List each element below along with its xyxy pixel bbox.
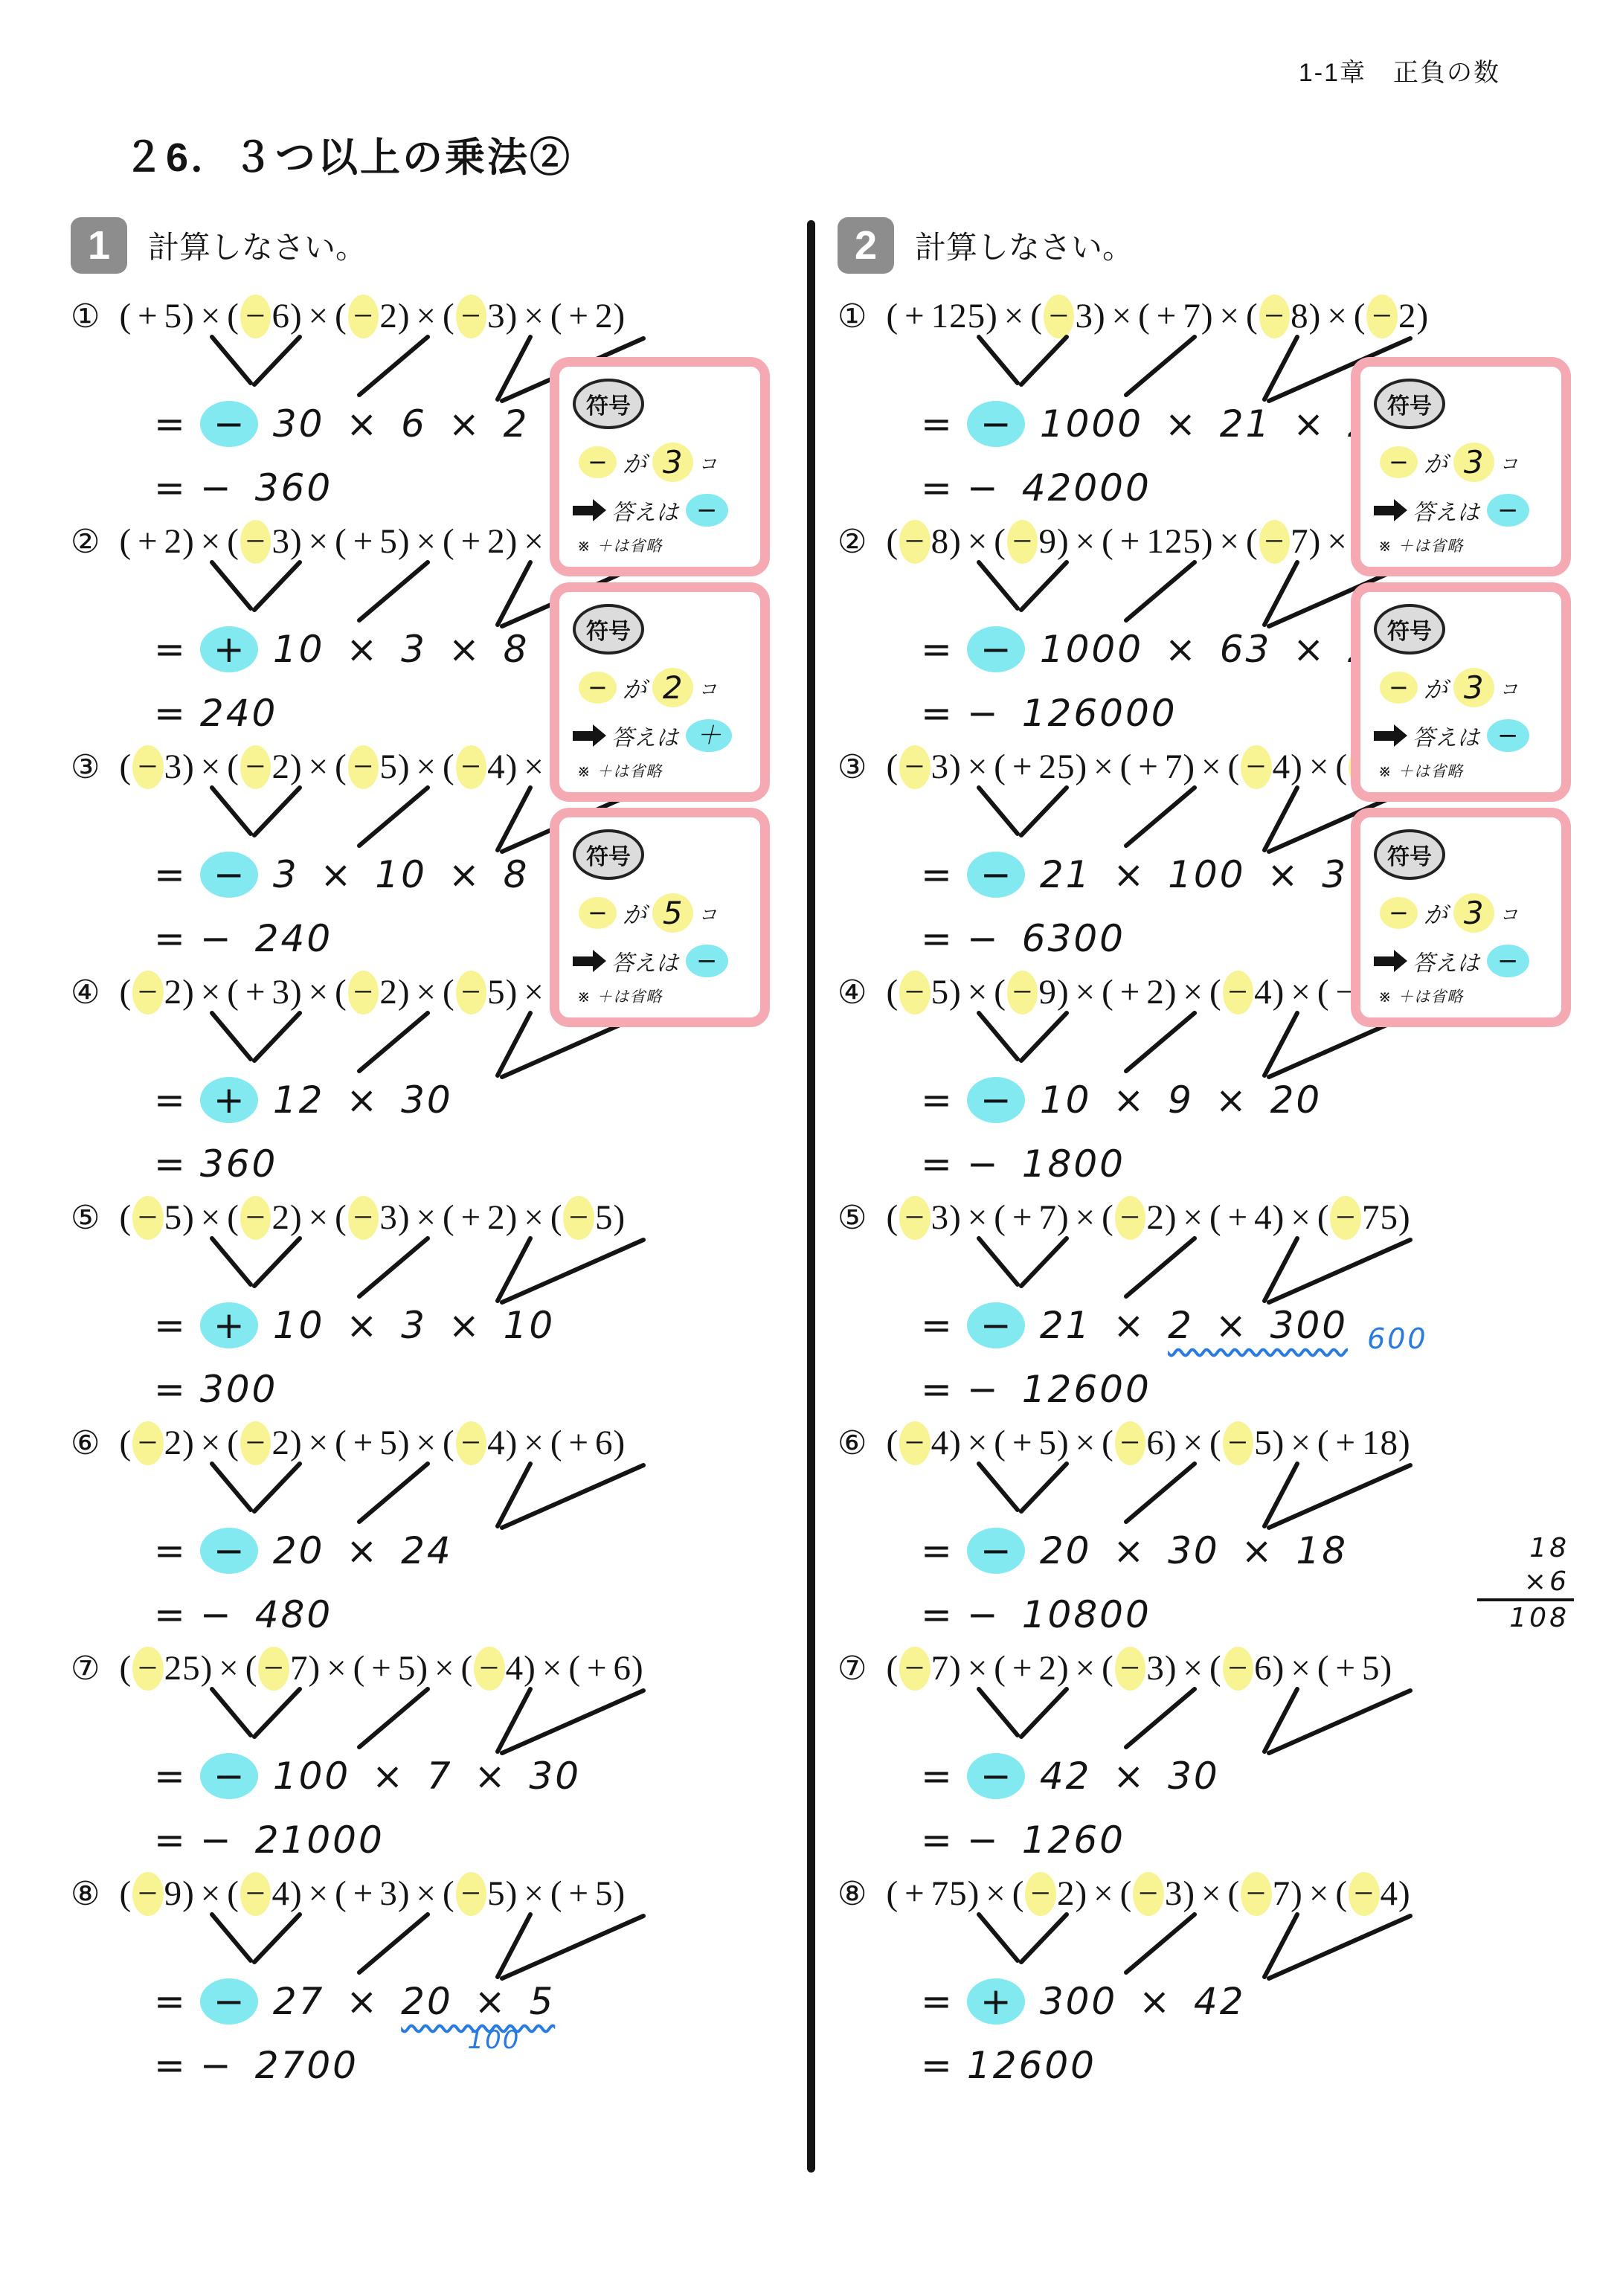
- times-sign: ×: [309, 1874, 330, 1913]
- work-text: 300 × 42: [1040, 1980, 1246, 2023]
- section-number-badge: 2: [838, 217, 894, 274]
- counter-ko: コ: [699, 900, 717, 926]
- result-sign-highlight: −: [967, 852, 1025, 898]
- highlighted-sign: −: [240, 520, 271, 564]
- highlighted-sign: −: [1115, 1421, 1146, 1465]
- sign-note-box: 符号 − が 3 コ 答えは − ※ ＋は省略: [1351, 357, 1571, 576]
- sign-note-box: 符号 − が 2 コ 答えは ＋ ※ ＋は省略: [550, 582, 770, 802]
- equals-sign: =: [154, 1980, 185, 2023]
- highlighted-sign: −: [899, 745, 931, 789]
- equals-sign: =: [154, 1755, 185, 1798]
- highlighted-sign: −: [240, 1196, 271, 1240]
- expression: (−5)×(−9)×(+2)×(−4)×(−5): [886, 971, 1392, 1014]
- highlighted-sign: −: [240, 745, 271, 789]
- result-sign-highlight: +: [200, 1302, 258, 1348]
- work-text: 100 × 7 × 30: [273, 1755, 581, 1798]
- times-sign: ×: [309, 1198, 330, 1237]
- minus-count-line: − が 2 コ: [579, 668, 750, 707]
- answer-sign-line: 答えは −: [1374, 719, 1551, 752]
- answer-line: = − 12600: [921, 1368, 1608, 1411]
- expression: (−2)×(−2)×(+5)×(−4)×(+6): [119, 1421, 626, 1465]
- equals-sign: =: [154, 853, 185, 896]
- minus-count-line: − が 3 コ: [579, 443, 750, 482]
- problem-number: ②: [71, 523, 100, 561]
- times-sign: ×: [309, 1424, 330, 1462]
- equals-sign: =: [921, 1819, 952, 1862]
- factor-sign: +: [563, 295, 594, 338]
- factor-sign: +: [348, 520, 379, 564]
- expression: (−3)×(+25)×(+7)×(−4)×(−3): [886, 745, 1410, 789]
- work-text: 42 × 30: [1040, 1755, 1220, 1798]
- times-sign: ×: [1201, 747, 1222, 786]
- pairing-lines: [949, 1235, 1425, 1307]
- times-sign: ×: [309, 747, 330, 786]
- answer-text: − 360: [200, 466, 332, 509]
- expression: (−9)×(−4)×(+3)×(−5)×(+5): [119, 1872, 626, 1916]
- minus-highlight: −: [1380, 897, 1418, 929]
- work-text: 21 × 2 × 300600: [1040, 1304, 1428, 1347]
- sign-footnote: ※ ＋は省略: [577, 985, 750, 1007]
- answer-line: = 300: [154, 1368, 807, 1411]
- times-sign: ×: [968, 973, 989, 1012]
- arrow-icon: [1374, 506, 1395, 515]
- minus-highlight: −: [1380, 446, 1418, 478]
- highlighted-sign: −: [240, 1872, 271, 1916]
- result-sign-highlight: −: [200, 1528, 258, 1574]
- minus-count: 3: [652, 443, 693, 482]
- arrow-icon: [573, 731, 594, 741]
- answer-sign: −: [1487, 494, 1529, 527]
- result-sign-highlight: −: [200, 1753, 258, 1799]
- factor-sign: +: [899, 295, 931, 338]
- problem: ⑧ (−9)×(−4)×(+3)×(−5)×(+5) = − 27 × 20 ×…: [71, 1872, 807, 2087]
- answer-label: 答えは: [611, 945, 678, 977]
- equals-sign: =: [921, 1078, 952, 1122]
- expression-row: ⑤ (−3)×(+7)×(−2)×(+4)×(−75): [838, 1196, 1608, 1240]
- counter-ko: コ: [1500, 675, 1518, 701]
- times-sign: ×: [1201, 1874, 1222, 1913]
- factor-sign: +: [456, 1196, 487, 1240]
- result-sign-highlight: +: [200, 626, 258, 672]
- expression: (−8)×(−9)×(+125)×(−7)×(+2): [886, 520, 1429, 564]
- factor-sign: +: [1330, 1647, 1361, 1691]
- answer-sign-line: 答えは −: [1374, 945, 1551, 977]
- highlighted-sign: −: [258, 1647, 289, 1691]
- work-line: = + 300 × 42: [921, 1978, 1608, 2025]
- factor-sign: +: [899, 1872, 931, 1916]
- times-sign: ×: [986, 1874, 1006, 1913]
- work-text: 10 × 3 × 10: [273, 1304, 555, 1347]
- factor-sign: +: [1007, 1421, 1038, 1465]
- result-sign-highlight: −: [967, 626, 1025, 672]
- sign-note-box: 符号 − が 5 コ 答えは − ※ ＋は省略: [550, 808, 770, 1027]
- result-sign-highlight: −: [200, 852, 258, 898]
- minus-count-line: − が 5 コ: [579, 893, 750, 933]
- highlighted-sign: −: [1241, 745, 1272, 789]
- expression-row: ⑧ (−9)×(−4)×(+3)×(−5)×(+5): [71, 1872, 807, 1916]
- arrow-icon: [573, 956, 594, 966]
- result-sign-highlight: +: [967, 1978, 1025, 2025]
- times-sign: ×: [968, 747, 989, 786]
- times-sign: ×: [201, 297, 222, 335]
- highlighted-sign: −: [899, 1647, 931, 1691]
- times-sign: ×: [416, 1874, 437, 1913]
- highlighted-sign: −: [456, 295, 487, 338]
- section-1-column: 1 計算しなさい。 ① (+5)×(−6)×(−2)×(−3)×(+2) = −…: [0, 217, 807, 2097]
- section-header: 1 計算しなさい。: [71, 217, 807, 274]
- work-text: 21 × 100 × 3: [1040, 853, 1348, 896]
- equals-sign: =: [154, 402, 185, 446]
- equals-sign: =: [154, 1368, 185, 1411]
- work-text: 20 × 24: [273, 1529, 453, 1572]
- side-calc-line: 108: [1477, 1598, 1574, 1635]
- highlighted-sign: −: [348, 971, 379, 1014]
- equals-sign: =: [154, 1078, 185, 1122]
- answer-text: − 1260: [967, 1819, 1125, 1862]
- expression: (−3)×(+7)×(−2)×(+4)×(−75): [886, 1196, 1410, 1240]
- answer-line: = − 2700: [154, 2044, 807, 2087]
- work-text: 3 × 10 × 8: [273, 853, 530, 896]
- times-sign: ×: [201, 1874, 222, 1913]
- times-sign: ×: [1183, 973, 1203, 1012]
- problem-number: ④: [838, 974, 867, 1012]
- highlighted-sign: −: [240, 295, 271, 338]
- two-column-layout: 1 計算しなさい。 ① (+5)×(−6)×(−2)×(−3)×(+2) = −…: [0, 217, 1623, 2173]
- highlighted-sign: −: [456, 1421, 487, 1465]
- highlighted-sign: −: [132, 1196, 164, 1240]
- factor-sign: +: [1115, 971, 1146, 1014]
- problem-number: ③: [71, 748, 100, 786]
- sign-footnote: ※ ＋は省略: [1378, 985, 1551, 1007]
- highlighted-sign: −: [132, 971, 164, 1014]
- factor-sign: +: [348, 1872, 379, 1916]
- factor-sign: +: [1151, 295, 1183, 338]
- pairing-lines: [949, 1911, 1425, 1983]
- problem: ⑧ (+75)×(−2)×(−3)×(−7)×(−4) = + 300 × 42…: [838, 1872, 1608, 2087]
- highlighted-sign: −: [899, 1421, 931, 1465]
- equals-sign: =: [921, 628, 952, 671]
- work-line: = − 21 × 2 × 300600: [921, 1302, 1608, 1348]
- counter-ko: コ: [699, 675, 717, 701]
- highlighted-sign: −: [1259, 295, 1291, 338]
- minus-highlight: −: [579, 672, 617, 704]
- pairing-lines: [182, 1911, 658, 1983]
- result-sign-highlight: +: [200, 1077, 258, 1123]
- expression: (+5)×(−6)×(−2)×(−3)×(+2): [119, 295, 626, 338]
- highlighted-sign: −: [1007, 971, 1038, 1014]
- answer-line: = − 1260: [921, 1819, 1608, 1862]
- problem-number: ②: [838, 523, 867, 561]
- highlighted-sign: −: [1349, 1872, 1380, 1916]
- arrow-icon: [1374, 956, 1395, 966]
- problem: ⑦ (−25)×(−7)×(+5)×(−4)×(+6) = − 100 × 7 …: [71, 1647, 807, 1862]
- problem-number: ⑧: [71, 1875, 100, 1913]
- answer-sign: −: [686, 945, 728, 977]
- times-sign: ×: [1183, 1424, 1203, 1462]
- work-text: 10 × 9 × 20: [1040, 1078, 1322, 1122]
- expression-row: ⑦ (−7)×(+2)×(−3)×(−6)×(+5): [838, 1647, 1608, 1691]
- minus-highlight: −: [1380, 672, 1418, 704]
- factor-sign: +: [240, 971, 271, 1014]
- factor-sign: +: [1007, 745, 1038, 789]
- answer-sign-line: 答えは −: [573, 494, 750, 527]
- times-sign: ×: [1093, 747, 1114, 786]
- answer-text: − 126000: [967, 692, 1177, 735]
- work-text: 10 × 3 × 8: [273, 628, 530, 671]
- highlighted-sign: −: [1223, 1421, 1254, 1465]
- answer-text: 12600: [967, 2044, 1096, 2087]
- work-line: = − 20 × 24: [154, 1528, 807, 1574]
- times-sign: ×: [416, 1424, 437, 1462]
- times-sign: ×: [309, 297, 330, 335]
- minus-count: 3: [1453, 893, 1494, 933]
- sign-footnote: ※ ＋は省略: [1378, 759, 1551, 782]
- minus-highlight: −: [579, 446, 617, 478]
- answer-text: 240: [200, 692, 277, 735]
- times-sign: ×: [524, 297, 544, 335]
- minus-count: 3: [1453, 668, 1494, 707]
- sign-footnote: ※ ＋は省略: [577, 534, 750, 556]
- section-instruction: 計算しなさい。: [915, 223, 1134, 268]
- answer-text: − 42000: [967, 466, 1151, 509]
- answer-line: = 12600: [921, 2044, 1608, 2087]
- chapter-header: 1-1章 正負の数: [0, 0, 1623, 89]
- factor-sign: +: [1133, 745, 1164, 789]
- answer-sign: −: [686, 494, 728, 527]
- highlighted-sign: −: [456, 971, 487, 1014]
- equals-sign: =: [154, 1819, 185, 1862]
- problem-number: ⑧: [838, 1875, 867, 1913]
- particle-ga: が: [1424, 446, 1447, 480]
- equals-sign: =: [154, 1142, 185, 1186]
- sign-footnote: ※ ＋は省略: [577, 759, 750, 782]
- highlighted-sign: −: [1007, 520, 1038, 564]
- equals-sign: =: [154, 466, 185, 509]
- times-sign: ×: [1291, 1198, 1311, 1237]
- particle-ga: が: [623, 446, 646, 480]
- factor-sign: +: [132, 520, 164, 564]
- result-sign-highlight: −: [967, 1753, 1025, 1799]
- equals-sign: =: [154, 692, 185, 735]
- problem: ① (+5)×(−6)×(−2)×(−3)×(+2) = − 30 × 6 × …: [71, 295, 807, 509]
- sign-note-box: 符号 − が 3 コ 答えは − ※ ＋は省略: [1351, 808, 1571, 1027]
- times-sign: ×: [1076, 1649, 1096, 1688]
- section-number-badge: 1: [71, 217, 127, 274]
- highlighted-sign: −: [899, 520, 931, 564]
- times-sign: ×: [1183, 1198, 1203, 1237]
- times-sign: ×: [1076, 522, 1096, 561]
- sign-note-box: 符号 − が 3 コ 答えは − ※ ＋は省略: [550, 357, 770, 576]
- times-sign: ×: [1076, 973, 1096, 1012]
- work-line: = + 12 × 30: [154, 1077, 807, 1123]
- answer-label: 答えは: [611, 719, 678, 752]
- work-text: 30 × 6 × 2: [273, 402, 530, 446]
- expression-row: ⑥ (−4)×(+5)×(−6)×(−5)×(+18): [838, 1421, 1608, 1465]
- highlighted-sign: −: [899, 971, 931, 1014]
- result-sign-highlight: −: [967, 1528, 1025, 1574]
- result-sign-highlight: −: [967, 1302, 1025, 1348]
- problem-number: ①: [71, 298, 100, 335]
- expression: (−5)×(−2)×(−3)×(+2)×(−5): [119, 1196, 626, 1240]
- problem-number: ⑥: [838, 1424, 867, 1462]
- times-sign: ×: [1076, 1424, 1096, 1462]
- particle-ga: が: [1424, 896, 1447, 930]
- highlighted-sign: −: [456, 745, 487, 789]
- times-sign: ×: [524, 522, 544, 561]
- side-calc-line: ×6: [1477, 1565, 1574, 1598]
- times-sign: ×: [1327, 297, 1348, 335]
- times-sign: ×: [968, 1424, 989, 1462]
- sign-note-box: 符号 − が 3 コ 答えは − ※ ＋は省略: [1351, 582, 1571, 802]
- equals-sign: =: [921, 2044, 952, 2087]
- problem-number: ①: [838, 298, 867, 335]
- problem-number: ⑤: [838, 1199, 867, 1237]
- times-sign: ×: [219, 1649, 240, 1688]
- work-line: = − 10 × 9 × 20: [921, 1077, 1608, 1123]
- equals-sign: =: [921, 1529, 952, 1572]
- times-sign: ×: [524, 1198, 544, 1237]
- problem: ⑤ (−3)×(+7)×(−2)×(+4)×(−75) = − 21 × 2 ×…: [838, 1196, 1608, 1411]
- pairing-lines: [182, 1461, 658, 1532]
- equals-sign: =: [921, 466, 952, 509]
- highlighted-sign: −: [132, 1872, 164, 1916]
- answer-line: = − 21000: [154, 1819, 807, 1862]
- equals-sign: =: [154, 1304, 185, 1347]
- answer-sign: ＋: [686, 719, 732, 752]
- result-sign-highlight: −: [967, 1077, 1025, 1123]
- equals-sign: =: [154, 628, 185, 671]
- equals-sign: =: [921, 917, 952, 960]
- times-sign: ×: [201, 1424, 222, 1462]
- highlighted-sign: −: [899, 1196, 931, 1240]
- particle-ga: が: [1424, 671, 1447, 705]
- factor-sign: +: [1007, 1647, 1038, 1691]
- equals-sign: =: [921, 1142, 952, 1186]
- answer-text: − 12600: [967, 1368, 1151, 1411]
- minus-count: 5: [652, 893, 693, 933]
- highlighted-sign: −: [240, 1421, 271, 1465]
- arrow-icon: [573, 506, 594, 515]
- sign-label-oval: 符号: [573, 379, 644, 429]
- answer-sign: −: [1487, 945, 1529, 977]
- equals-sign: =: [154, 1529, 185, 1572]
- times-sign: ×: [1112, 297, 1133, 335]
- problem-number: ⑤: [71, 1199, 100, 1237]
- pairing-lines: [182, 1686, 658, 1758]
- equals-sign: =: [921, 1304, 952, 1347]
- answer-line: = 360: [154, 1142, 807, 1186]
- factor-sign: +: [563, 1421, 594, 1465]
- times-sign: ×: [416, 973, 437, 1012]
- factor-sign: +: [348, 1421, 379, 1465]
- factor-sign: +: [456, 520, 487, 564]
- times-sign: ×: [327, 1649, 347, 1688]
- minus-count-line: − が 3 コ: [1380, 893, 1551, 933]
- problem: ⑥ (−4)×(+5)×(−6)×(−5)×(+18) = − 20 × 30 …: [838, 1421, 1608, 1636]
- times-sign: ×: [201, 522, 222, 561]
- counter-ko: コ: [699, 449, 717, 475]
- problem-number: ⑦: [838, 1650, 867, 1688]
- highlighted-sign: −: [348, 295, 379, 338]
- answer-text: − 21000: [200, 1819, 385, 1862]
- times-sign: ×: [416, 297, 437, 335]
- work-text: 27 × 20 × 5: [273, 1980, 555, 2023]
- times-sign: ×: [1183, 1649, 1203, 1688]
- times-sign: ×: [524, 973, 544, 1012]
- problem: ⑥ (−2)×(−2)×(+5)×(−4)×(+6) = − 20 × 24 =…: [71, 1421, 807, 1636]
- times-sign: ×: [416, 747, 437, 786]
- arrow-icon: [1374, 731, 1395, 741]
- work-text: 1000 × 63 × 2: [1040, 628, 1374, 671]
- highlighted-sign: −: [1133, 1872, 1164, 1916]
- answer-text: − 480: [200, 1593, 332, 1636]
- times-sign: ×: [1327, 522, 1348, 561]
- answer-sign-line: 答えは ＋: [573, 719, 750, 752]
- section-header: 2 計算しなさい。: [838, 217, 1608, 274]
- problem: ⑤ (−5)×(−2)×(−3)×(+2)×(−5) = + 10 × 3 × …: [71, 1196, 807, 1411]
- times-sign: ×: [416, 522, 437, 561]
- highlighted-sign: −: [1223, 1647, 1254, 1691]
- times-sign: ×: [201, 973, 222, 1012]
- times-sign: ×: [309, 522, 330, 561]
- sign-label-oval: 符号: [1374, 604, 1445, 655]
- minus-count-line: − が 3 コ: [1380, 668, 1551, 707]
- times-sign: ×: [201, 1198, 222, 1237]
- answer-line: = − 480: [154, 1593, 807, 1636]
- result-sign-highlight: −: [200, 1978, 258, 2025]
- problem-number: ⑥: [71, 1424, 100, 1462]
- factor-sign: +: [1330, 1421, 1361, 1465]
- problem-number: ⑦: [71, 1650, 100, 1688]
- times-sign: ×: [524, 1874, 544, 1913]
- particle-ga: が: [623, 671, 646, 705]
- factor-sign: +: [1223, 1196, 1254, 1240]
- factor-sign: +: [563, 1872, 594, 1916]
- answer-text: − 240: [200, 917, 332, 960]
- particle-ga: が: [623, 896, 646, 930]
- result-sign-highlight: −: [200, 401, 258, 447]
- highlighted-sign: −: [563, 1196, 594, 1240]
- highlighted-sign: −: [1044, 295, 1075, 338]
- highlighted-sign: −: [474, 1647, 505, 1691]
- answer-text: 360: [200, 1142, 277, 1186]
- sign-label-oval: 符号: [573, 604, 644, 655]
- equals-sign: =: [921, 853, 952, 896]
- times-sign: ×: [1291, 1424, 1311, 1462]
- answer-line: = − 1800: [921, 1142, 1608, 1186]
- highlighted-sign: −: [1115, 1196, 1146, 1240]
- times-sign: ×: [968, 1649, 989, 1688]
- times-sign: ×: [1309, 747, 1330, 786]
- highlighted-sign: −: [348, 1196, 379, 1240]
- highlighted-sign: −: [1241, 1872, 1272, 1916]
- minus-count: 3: [1453, 443, 1494, 482]
- times-sign: ×: [542, 1649, 563, 1688]
- highlighted-sign: −: [1259, 520, 1291, 564]
- times-sign: ×: [1076, 1198, 1096, 1237]
- pairing-lines: [949, 1686, 1425, 1758]
- result-sign-highlight: −: [967, 401, 1025, 447]
- factor-sign: +: [132, 295, 164, 338]
- highlighted-sign: −: [1115, 1647, 1146, 1691]
- answer-text: − 1800: [967, 1142, 1125, 1186]
- highlighted-sign: −: [456, 1872, 487, 1916]
- problem-number: ④: [71, 974, 100, 1012]
- answer-text: 300: [200, 1368, 277, 1411]
- answer-label: 答えは: [1413, 494, 1479, 527]
- counter-ko: コ: [1500, 449, 1518, 475]
- answer-sign: −: [1487, 719, 1529, 752]
